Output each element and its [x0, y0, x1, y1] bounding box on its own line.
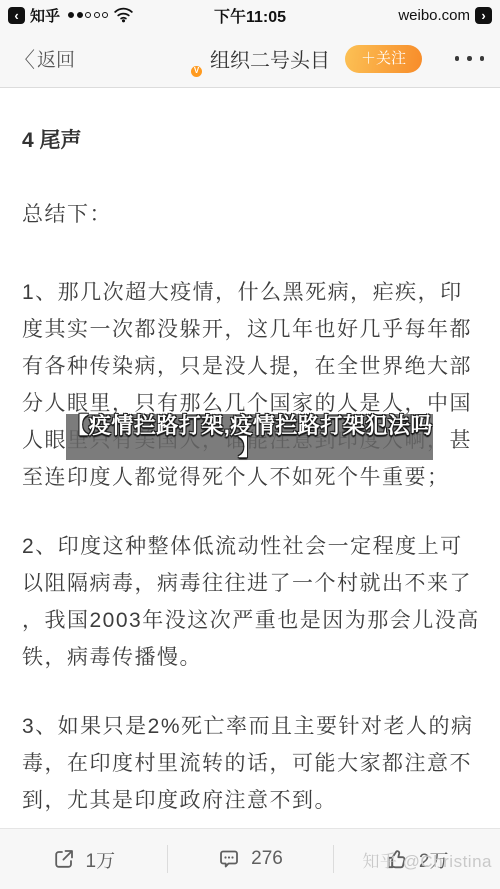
- intro-line: 总结下：: [22, 202, 478, 228]
- share-count: 1万: [86, 846, 116, 873]
- back-button[interactable]: 〈 返回: [14, 44, 75, 74]
- watermark: 知乎 @Christina: [362, 847, 492, 872]
- overlay-banner-line1: 【疫情拦路打架,疫情拦路打架犯法吗: [66, 415, 433, 437]
- back-label: 返回: [37, 45, 75, 72]
- nav-bar: 〈 返回 V 组织二号头目 ＋关注: [0, 30, 500, 88]
- share-icon: [52, 847, 76, 871]
- status-bar: ‹ 知乎 下午11:05 weibo.com ›: [0, 0, 500, 30]
- status-url: weibo.com: [398, 7, 470, 24]
- chevron-left-icon: 〈: [14, 44, 35, 74]
- wifi-icon: [113, 7, 134, 23]
- comment-button[interactable]: 276: [167, 829, 334, 889]
- article-body: 4 尾声 总结下： 1、那几次超大疫情，什么黑死病，疟疾，印 度其实一次都没躲开…: [0, 128, 500, 819]
- share-button[interactable]: 1万: [0, 829, 167, 889]
- comment-icon: [217, 847, 241, 871]
- paragraph-1: 1、那几次超大疫情，什么黑死病，疟疾，印 度其实一次都没躲开，这几年也好几乎每年…: [22, 274, 478, 496]
- follow-button[interactable]: ＋关注: [345, 45, 422, 73]
- back-to-app-icon[interactable]: ‹: [8, 7, 25, 24]
- paragraph-2: 2、印度这种整体低流动性社会一定程度上可 以阻隔病毒，病毒往往进了一个村就出不来…: [22, 528, 478, 676]
- more-options-icon[interactable]: [455, 44, 485, 74]
- signal-strength-icon: [68, 12, 108, 18]
- overlay-text-banner: 【疫情拦路打架,疫情拦路打架犯法吗 】: [66, 414, 433, 460]
- comment-count: 276: [251, 848, 283, 870]
- section-heading: 4 尾声: [22, 128, 478, 154]
- bottom-action-bar: 1万 276 2万 知乎 @Christina: [0, 828, 500, 889]
- verified-badge-icon: V: [190, 65, 203, 78]
- overlay-banner-line2: 】: [238, 437, 261, 459]
- paragraph-3: 3、如果只是2%死亡率而且主要针对老人的病 毒，在印度村里流转的话，可能大家都注…: [22, 708, 478, 819]
- forward-to-browser-icon[interactable]: ›: [475, 7, 492, 24]
- account-name[interactable]: 组织二号头目: [210, 44, 330, 73]
- avatar[interactable]: V: [167, 42, 201, 76]
- status-time: 下午11:05: [214, 4, 286, 27]
- back-to-app-label[interactable]: 知乎: [30, 5, 60, 26]
